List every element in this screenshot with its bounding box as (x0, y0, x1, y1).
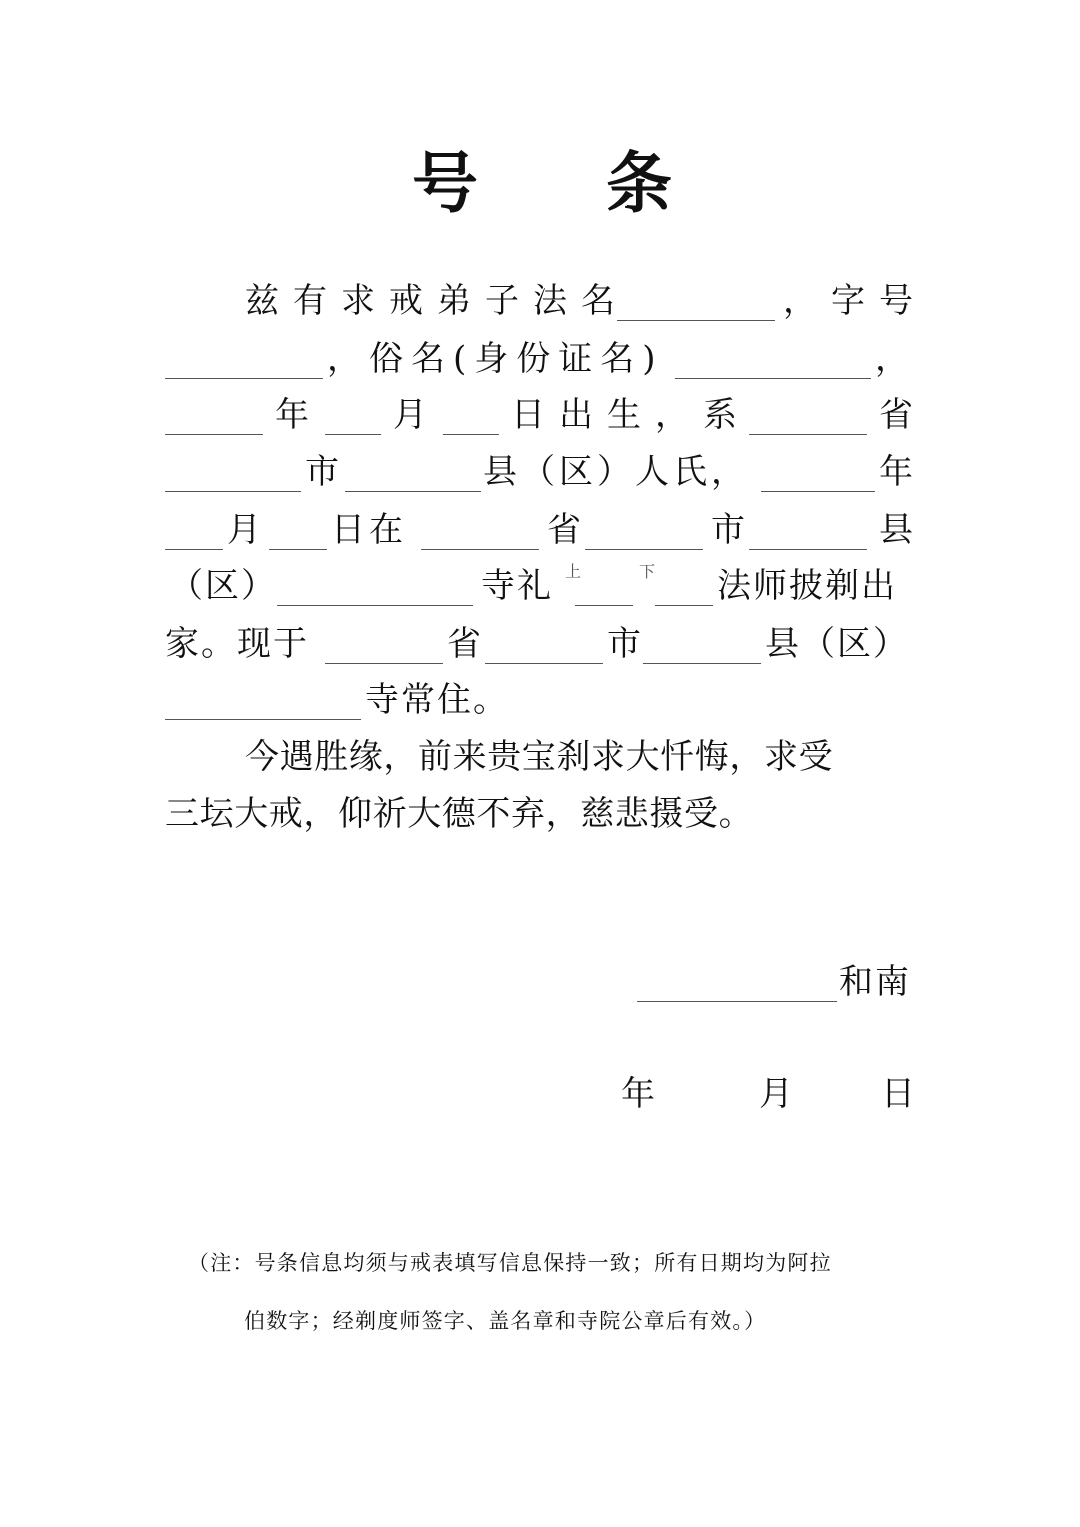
ordination-city-field[interactable] (585, 505, 703, 550)
text-county-district-3: 县（区） (765, 619, 909, 669)
text-temple-pay-respect: 寺礼 (481, 561, 553, 611)
text-city-2: 市 (711, 505, 745, 555)
birth-day-field[interactable] (443, 390, 499, 435)
signature-field[interactable] (637, 957, 837, 1002)
master-name-lower-field[interactable] (655, 561, 713, 606)
text-comma: ， (875, 334, 909, 384)
title-char-1: 号 (412, 130, 478, 225)
native-province-field[interactable] (749, 390, 867, 435)
text-city: 市 (305, 447, 339, 497)
birth-year-field[interactable] (165, 390, 263, 435)
text-lay-name-label: ，俗名(身份证名) (327, 334, 664, 384)
current-province-field[interactable] (325, 619, 443, 664)
date-year-label: 年 (621, 1069, 655, 1119)
courtesy-name-field[interactable] (165, 334, 323, 379)
current-county-field[interactable] (643, 619, 761, 664)
text-province-3: 省 (447, 619, 481, 669)
ordination-year-field[interactable] (761, 447, 875, 492)
current-city-field[interactable] (485, 619, 603, 664)
text-courtesy-name-label: ，字号 (783, 276, 927, 326)
text-month-2: 月 (227, 505, 261, 555)
date-month-label: 月 (759, 1069, 793, 1119)
ordination-month-field[interactable] (165, 505, 223, 550)
ordination-county-field[interactable] (749, 505, 867, 550)
text-dharma-name-label: 兹有求戒弟子法名 (245, 276, 629, 326)
text-now-at: 家。现于 (165, 619, 309, 669)
date-day-label: 日 (881, 1069, 915, 1119)
title-char-2: 条 (606, 130, 672, 225)
text-city-3: 市 (607, 619, 641, 669)
text-year: 年 (275, 390, 309, 440)
text-county-native: 县（区）人氏， (483, 447, 749, 497)
text-district: （区） (169, 561, 277, 611)
text-he-nan: 和南 (839, 957, 911, 1007)
superscript-lower: 下 (639, 547, 655, 597)
text-paragraph-2-line-1: 今遇胜缘，前来贵宝刹求大忏悔，求受 (245, 732, 833, 782)
text-temple-resident: 寺常住。 (365, 675, 509, 725)
ordination-temple-field[interactable] (277, 561, 473, 606)
text-year-2: 年 (879, 447, 913, 497)
ordination-day-field[interactable] (269, 505, 327, 550)
native-city-field[interactable] (165, 447, 301, 492)
birth-month-field[interactable] (325, 390, 381, 435)
text-province: 省 (879, 390, 913, 440)
text-born-from: 日出生，系 (511, 390, 751, 440)
note-line-2: 伯数字；经剃度师签字、盖名章和寺院公章后有效。） (244, 1306, 766, 1336)
native-county-field[interactable] (345, 447, 481, 492)
master-name-upper-field[interactable] (575, 561, 633, 606)
text-month: 月 (393, 390, 427, 440)
lay-name-field[interactable] (675, 334, 871, 379)
text-day-at: 日在 (331, 505, 407, 555)
current-temple-field[interactable] (165, 675, 361, 720)
text-paragraph-2-line-2: 三坛大戒，仰祈大德不弃，慈悲摄受。 (165, 789, 753, 839)
text-master-tonsure: 法师披剃出 (717, 561, 897, 611)
text-county-2: 县 (879, 505, 913, 555)
ordination-province-field[interactable] (421, 505, 539, 550)
dharma-name-field[interactable] (617, 276, 775, 321)
note-line-1: （注：号条信息均须与戒表填写信息保持一致；所有日期均为阿拉 (188, 1248, 832, 1278)
